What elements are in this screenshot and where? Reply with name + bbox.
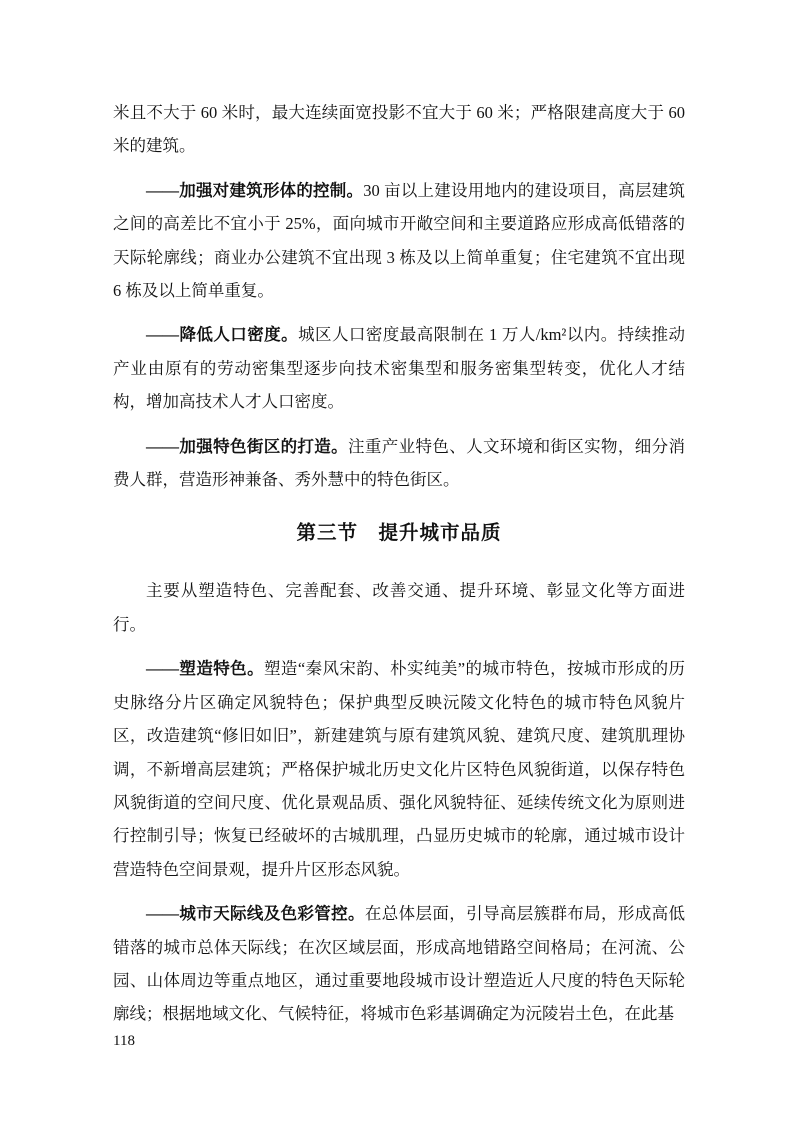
- paragraph-lead: ——降低人口密度。: [146, 325, 298, 344]
- paragraph-text: 主要从塑造特色、完善配套、改善交通、提升环境、彰显文化等方面进行。: [113, 581, 685, 633]
- paragraph-lead: ——塑造特色。: [146, 659, 264, 678]
- paragraph-reduce-population-density: ——降低人口密度。城区人口密度最高限制在 1 万人/km²以内。持续推动产业由原…: [113, 318, 685, 418]
- paragraph-building-form-control: ——加强对建筑形体的控制。30 亩以上建设用地内的建设项目，高层建筑之间的高差比…: [113, 174, 685, 308]
- section-heading: 第三节 提升城市品质: [113, 517, 685, 550]
- paragraph-shape-characteristics: ——塑造特色。塑造“秦风宋韵、朴实纯美”的城市特色，按城市形成的历史脉络分片区确…: [113, 652, 685, 886]
- paragraph-text: 塑造“秦风宋韵、朴实纯美”的城市特色，按城市形成的历史脉络分片区确定风貌特色；保…: [113, 659, 685, 878]
- document-page: 米且不大于 60 米时，最大连续面宽投影不宜大于 60 米；严格限建高度大于 6…: [0, 0, 793, 1122]
- document-body: 米且不大于 60 米时，最大连续面宽投影不宜大于 60 米；严格限建高度大于 6…: [113, 96, 685, 1042]
- paragraph-lead: ——加强对建筑形体的控制。: [146, 181, 363, 200]
- paragraph-skyline-color-control: ——城市天际线及色彩管控。在总体层面，引导高层簇群布局，形成高低错落的城市总体天…: [113, 897, 685, 1031]
- paragraph-lead: ——城市天际线及色彩管控。: [146, 904, 365, 923]
- paragraph-characteristic-blocks: ——加强特色街区的打造。注重产业特色、人文环境和街区实物，细分消费人群，营造形神…: [113, 430, 685, 497]
- paragraph-lead: ——加强特色街区的打造。: [146, 437, 348, 456]
- page-number: 118: [113, 1032, 135, 1050]
- paragraph-continuation: 米且不大于 60 米时，最大连续面宽投影不宜大于 60 米；严格限建高度大于 6…: [113, 96, 685, 163]
- paragraph-section-intro: 主要从塑造特色、完善配套、改善交通、提升环境、彰显文化等方面进行。: [113, 574, 685, 641]
- paragraph-text: 米且不大于 60 米时，最大连续面宽投影不宜大于 60 米；严格限建高度大于 6…: [113, 103, 685, 155]
